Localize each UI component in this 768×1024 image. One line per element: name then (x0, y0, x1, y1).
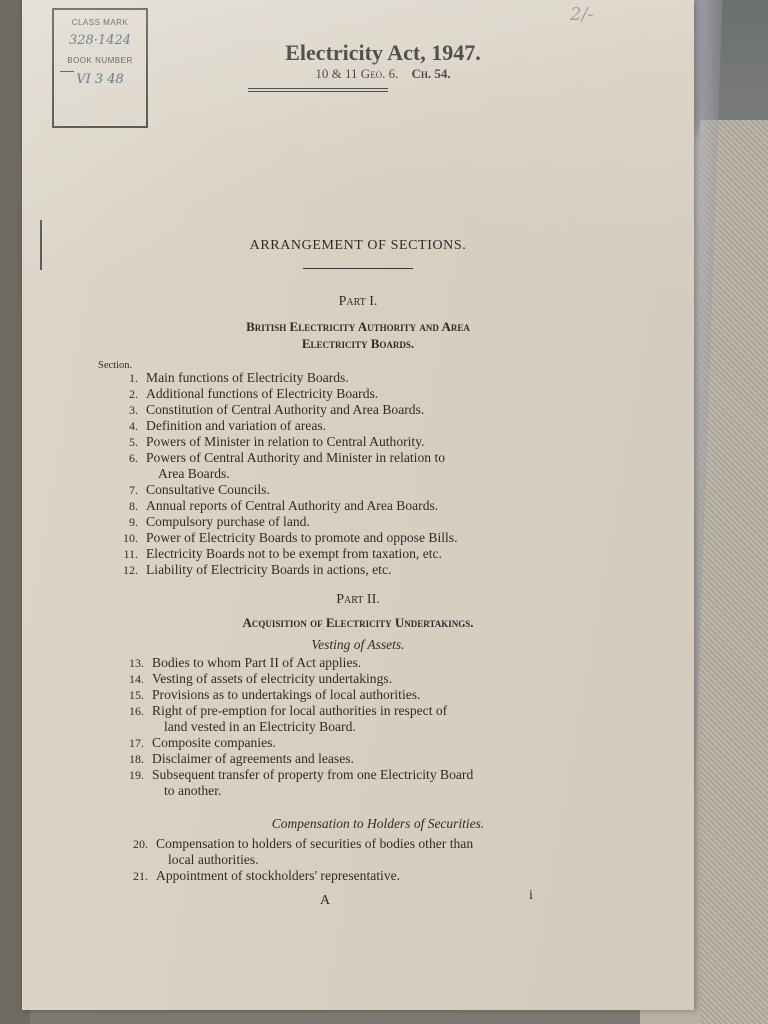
list-item: 10.Power of Electricity Boards to promot… (98, 530, 578, 546)
part-2-vesting-list: 13.Bodies to whom Part II of Act applies… (104, 655, 584, 799)
list-item: 4.Definition and variation of areas. (98, 418, 578, 434)
class-mark-label: CLASS MARK (54, 18, 146, 27)
heading-rule (303, 268, 413, 269)
list-item: 18.Disclaimer of agreements and leases. (104, 751, 584, 767)
list-item: 3.Constitution of Central Authority and … (98, 402, 578, 418)
list-item: 12.Liability of Electricity Boards in ac… (98, 562, 578, 578)
signature-mark: A (320, 893, 330, 909)
part-1-heading: British Electricity Authority and Area E… (22, 318, 694, 352)
list-item: 11.Electricity Boards not to be exempt f… (98, 546, 578, 562)
list-item: 9.Compulsory purchase of land. (98, 514, 578, 530)
part-1-heading-line1: British Electricity Authority and Area (22, 318, 694, 335)
vesting-subheading: Vesting of Assets. (22, 637, 694, 653)
double-rule (248, 88, 388, 92)
list-item: 6.Powers of Central Authority and Minist… (98, 450, 578, 466)
list-item: 16.Right of pre-emption for local author… (104, 703, 584, 719)
regnal-citation: 10 & 11 Geo. 6. (315, 66, 398, 81)
price-note: 2/- (570, 4, 594, 25)
list-item: 19.Subsequent transfer of property from … (104, 767, 584, 783)
arrangement-heading: ARRANGEMENT OF SECTIONS. (22, 238, 694, 254)
document-title: Electricity Act, 1947. (72, 40, 694, 66)
list-item-continuation: land vested in an Electricity Board. (104, 719, 584, 735)
part-1-label: Part I. (22, 294, 694, 310)
list-item: 8.Annual reports of Central Authority an… (98, 498, 578, 514)
document-header: Electricity Act, 1947. 10 & 11 Geo. 6. C… (22, 40, 694, 82)
list-item: 15.Provisions as to undertakings of loca… (104, 687, 584, 703)
list-item: 17.Composite companies. (104, 735, 584, 751)
part-1-heading-line2: Electricity Boards. (22, 335, 694, 352)
citation-line: 10 & 11 Geo. 6. Ch. 54. (72, 66, 694, 82)
list-item-continuation: local authorities. (108, 852, 588, 868)
list-item: 5.Powers of Minister in relation to Cent… (98, 434, 578, 450)
part-2-label: Part II. (22, 592, 694, 608)
list-item: 13.Bodies to whom Part II of Act applies… (104, 655, 584, 671)
list-item: 21.Appointment of stockholders' represen… (108, 868, 588, 884)
part-2-heading: Acquisition of Electricity Undertakings. (22, 614, 694, 631)
list-item-continuation: Area Boards. (98, 466, 578, 482)
document-page: CLASS MARK 328·1424 BOOK NUMBER VI 3 48 … (22, 0, 694, 1010)
part-1-section-list: 1.Main functions of Electricity Boards. … (98, 370, 578, 578)
chapter-number: Ch. 54. (411, 66, 450, 81)
list-item: 7.Consultative Councils. (98, 482, 578, 498)
arrangement-heading-block: ARRANGEMENT OF SECTIONS. (22, 238, 694, 269)
compensation-subheading: Compensation to Holders of Securities. (42, 816, 714, 832)
list-item: 20.Compensation to holders of securities… (108, 836, 588, 852)
page-number: i (529, 888, 533, 904)
list-item: 1.Main functions of Electricity Boards. (98, 370, 578, 386)
list-item-continuation: to another. (104, 783, 584, 799)
list-item: 14.Vesting of assets of electricity unde… (104, 671, 584, 687)
part-2-compensation-list: 20.Compensation to holders of securities… (108, 836, 588, 884)
list-item: 2.Additional functions of Electricity Bo… (98, 386, 578, 402)
